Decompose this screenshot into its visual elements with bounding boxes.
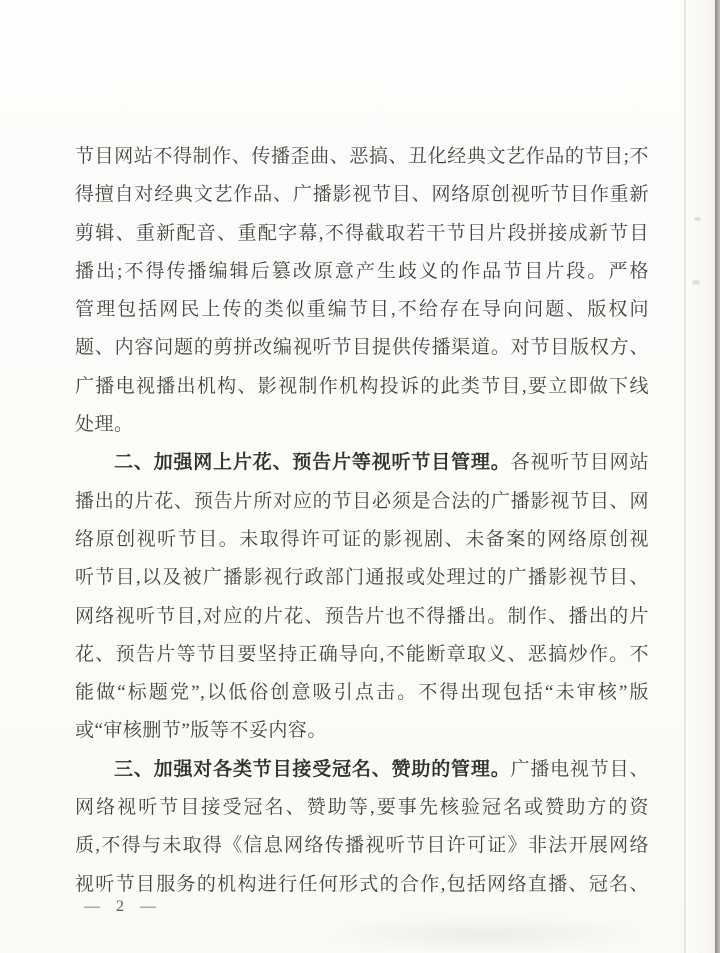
- line-text: 节目网站不得制作、传播歪曲、恶搞、丑化经典文艺作品的节目;不: [75, 146, 649, 167]
- line-text: 播出;不得传播编辑后篡改原意产生歧义的作品节目片段。严格: [75, 261, 649, 282]
- scan-speck: [694, 217, 701, 221]
- line-text: 题、内容问题的剪拼改编视听节目提供传播渠道。对节目版权方、: [75, 337, 649, 358]
- line-text: 或“审核删节”版等不妥内容。: [75, 720, 327, 741]
- scan-speck: [692, 280, 700, 285]
- adjacent-page-edge: [686, 0, 715, 953]
- photo-edge: [715, 0, 720, 953]
- text-line: 播出;不得传播编辑后篡改原意产生歧义的作品节目片段。严格: [75, 253, 649, 291]
- line-text: 得擅自对经典文艺作品、广播影视节目、网络原创视听节目作重新: [75, 184, 649, 205]
- text-line: 视听节目服务的机构进行任何形式的合作,包括网络直播、冠名、: [75, 866, 649, 904]
- text-line: 听节目,以及被广播影视行政部门通报或处理过的广播影视节目、: [75, 559, 649, 597]
- paragraph-heading: 三、加强对各类节目接受冠名、赞助的管理。: [114, 759, 511, 780]
- text-line: 能做“标题党”,以低俗创意吸引点击。不得出现包括“未审核”版: [75, 674, 649, 712]
- line-text: 各视听节目网站: [511, 452, 649, 473]
- text-line: 节目网站不得制作、传播歪曲、恶搞、丑化经典文艺作品的节目;不: [75, 138, 649, 176]
- line-text: 花、预告片等节目要坚持正确导向,不能断章取义、恶搞炒作。不: [75, 644, 649, 665]
- text-line: 网络视听节目接受冠名、赞助等,要事先核验冠名或赞助方的资: [75, 789, 649, 827]
- line-text: 视听节目服务的机构进行任何形式的合作,包括网络直播、冠名、: [75, 874, 649, 895]
- document-body: 节目网站不得制作、传播歪曲、恶搞、丑化经典文艺作品的节目;不得擅自对经典文艺作品…: [75, 138, 649, 904]
- text-line: 花、预告片等节目要坚持正确导向,不能断章取义、恶搞炒作。不: [75, 636, 649, 674]
- text-line: 二、加强网上片花、预告片等视听节目管理。各视听节目网站: [75, 444, 649, 482]
- line-text: 听节目,以及被广播影视行政部门通报或处理过的广播影视节目、: [75, 567, 649, 588]
- text-line: 处理。: [75, 406, 649, 444]
- text-line: 剪辑、重新配音、重配字幕,不得截取若干节目片段拼接成新节目: [75, 215, 649, 253]
- text-line: 题、内容问题的剪拼改编视听节目提供传播渠道。对节目版权方、: [75, 329, 649, 367]
- line-text: 广播电视节目、: [511, 759, 649, 780]
- text-line: 管理包括网民上传的类似重编节目,不给存在导向问题、版权问: [75, 291, 649, 329]
- text-line: 得擅自对经典文艺作品、广播影视节目、网络原创视听节目作重新: [75, 176, 649, 214]
- scan-smudge: [320, 915, 650, 953]
- line-text: 管理包括网民上传的类似重编节目,不给存在导向问题、版权问: [75, 299, 649, 320]
- line-text: 剪辑、重新配音、重配字幕,不得截取若干节目片段拼接成新节目: [75, 223, 649, 244]
- text-line: 广播电视播出机构、影视制作机构投诉的此类节目,要立即做下线: [75, 368, 649, 406]
- text-line: 络原创视听节目。未取得许可证的影视剧、未备案的网络原创视: [75, 521, 649, 559]
- line-text: 网络视听节目,对应的片花、预告片也不得播出。制作、播出的片: [75, 606, 649, 627]
- paragraph-heading: 二、加强网上片花、预告片等视听节目管理。: [114, 452, 511, 473]
- document-page: 节目网站不得制作、传播歪曲、恶搞、丑化经典文艺作品的节目;不得擅自对经典文艺作品…: [0, 0, 720, 953]
- line-text: 质,不得与未取得《信息网络传播视听节目许可证》非法开展网络: [75, 835, 649, 856]
- line-text: 处理。: [75, 414, 134, 435]
- text-line: 或“审核删节”版等不妥内容。: [75, 712, 649, 750]
- line-text: 能做“标题党”,以低俗创意吸引点击。不得出现包括“未审核”版: [75, 682, 649, 703]
- line-text: 网络视听节目接受冠名、赞助等,要事先核验冠名或赞助方的资: [75, 797, 649, 818]
- line-text: 播出的片花、预告片所对应的节目必须是合法的广播影视节目、网: [75, 491, 649, 512]
- page-number: — 2 —: [84, 898, 157, 916]
- text-line: 播出的片花、预告片所对应的节目必须是合法的广播影视节目、网: [75, 483, 649, 521]
- line-text: 络原创视听节目。未取得许可证的影视剧、未备案的网络原创视: [75, 529, 649, 550]
- text-line: 质,不得与未取得《信息网络传播视听节目许可证》非法开展网络: [75, 827, 649, 865]
- line-text: 广播电视播出机构、影视制作机构投诉的此类节目,要立即做下线: [75, 376, 649, 397]
- text-line: 三、加强对各类节目接受冠名、赞助的管理。广播电视节目、: [75, 751, 649, 789]
- text-line: 网络视听节目,对应的片花、预告片也不得播出。制作、播出的片: [75, 598, 649, 636]
